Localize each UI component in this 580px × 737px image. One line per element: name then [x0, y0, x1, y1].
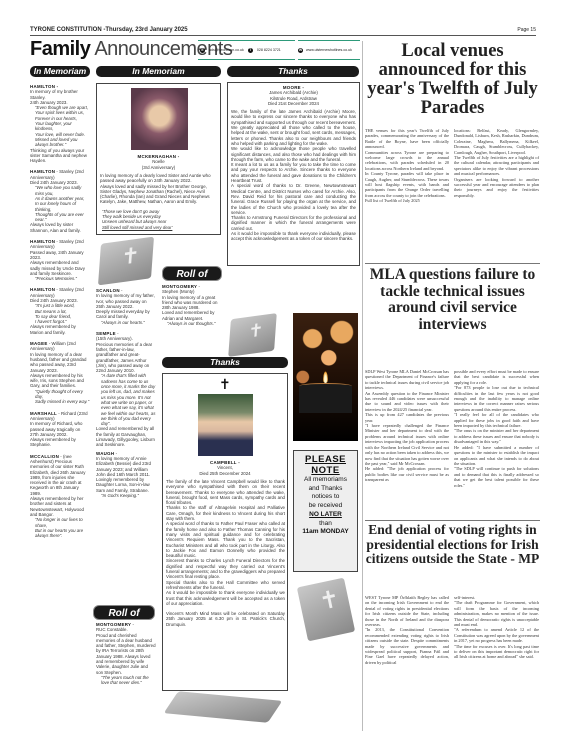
notice-hamilton-1: HAMILTON - In memory of my brother Stanl… [30, 84, 90, 163]
notice-waugh: WAUGH - In loving memory of Annie Elizab… [96, 451, 156, 499]
notice-magee: MAGEE - William (2nd Anniversary) In lov… [30, 341, 90, 405]
notice-hamilton-2: HAMILTON - Stanley (2nd Anniversary) Die… [30, 169, 90, 233]
article-1-col-1: THE venues for this year's Twelfth of Ju… [365, 128, 449, 204]
notice-mccallion: MCCALLION - (nee Ashenhurst) Precious me… [30, 454, 90, 539]
article-2-col-2: possible and every effort must be made t… [454, 369, 539, 488]
article-3-col-2: self-interest. "The draft Programme for … [454, 595, 539, 660]
notice-hamilton-3: HAMILTON - Stanley (2nd Anniversary) Pas… [30, 239, 90, 281]
notice-scanlon: SCANLON - In loving memory of my father,… [96, 288, 156, 325]
campbell-photo [198, 394, 253, 456]
phone-icon: T [248, 48, 253, 53]
article-divider-1 [365, 263, 540, 264]
article-1-col-2: locations: Belfast, Keady, Glengormley, … [454, 128, 539, 198]
article-1-headline: Local venues announced for this year's T… [365, 42, 540, 118]
header-roll-of-honour-2: Roll of Honour [93, 605, 155, 620]
article-2-col-1: SDLP West Tyrone MLA Daniel McCrossan ha… [365, 369, 449, 483]
bible-icon-2: ✝ [228, 313, 277, 357]
candle-image [293, 313, 358, 441]
contact-email[interactable]: ads@tyronecon.co.uk [209, 48, 244, 52]
mckernaghan-photo [131, 88, 188, 150]
memoriam-column-2: SCANLON - In loving memory of my father,… [96, 288, 156, 498]
bible-icon-3 [164, 691, 283, 723]
notice-moore: MOORE - James Archibald (Archie) Kilstru… [227, 82, 360, 266]
notice-montgomery-ruc: MONTGOMERY - RUC Constable. Proud and ch… [96, 622, 156, 686]
masthead-paper: TYRONE CONSTITUTION -Thursday, 23rd Janu… [30, 27, 188, 33]
contact-web-bar: W www.ulsternewhotlines.co.uk [298, 40, 360, 60]
article-3-headline: End denial of voting rights in president… [365, 523, 540, 567]
article-2-headline: MLA questions failure to tackle technica… [365, 267, 540, 333]
notice-hamilton-4: HAMILTON - Stanley (2nd Anniversary) Die… [30, 287, 90, 335]
article-3-col-1: WEST Tyrone MP Órfhlaith Begley has call… [365, 595, 449, 665]
contact-phone: 028 8224 3721 [257, 48, 281, 52]
column-divider [362, 41, 363, 731]
memoriam-column-1: HAMILTON - In memory of my brother Stanl… [30, 84, 90, 538]
email-icon: E [200, 48, 205, 53]
bible-icon: ✝ [98, 237, 154, 286]
header-in-memoriam-1: In Memoriam [30, 66, 90, 77]
notice-campbell: ✝ CAMPBELL - Vincent, Died 25th December… [162, 373, 288, 691]
article-divider-2 [365, 520, 540, 521]
header-thanks-1: Thanks [227, 66, 359, 77]
notice-mckernaghan: MCKERNAGHAN - Noelle (3rd Anniversary) I… [96, 83, 221, 235]
notice-semple: SEMPLE - (15th Anniversary). Precious me… [96, 331, 156, 448]
cross-icon: ✝ [219, 377, 231, 391]
header-roll-of-honour-1: Roll of Honour [162, 266, 222, 281]
contact-bar: E ads@tyronecon.co.uk T 028 8224 3721 [198, 40, 295, 60]
page-number: Page 15 [517, 27, 536, 33]
contact-web[interactable]: www.ulsternewhotlines.co.uk [306, 48, 352, 52]
header-in-memoriam-2: In Memoriam [96, 66, 221, 77]
masthead: TYRONE CONSTITUTION -Thursday, 23rd Janu… [30, 27, 536, 36]
notice-montgomery-monty: MONTGOMERY - Stephen (Monty) In loving m… [162, 284, 222, 326]
please-note-box: PLEASE NOTE All memoriams and Thanks not… [293, 450, 358, 572]
web-icon: W [298, 48, 303, 53]
notice-marshall: MARSHALL - Richard (23rd Anniversary) In… [30, 411, 90, 448]
bible-icon-4: ✝ [297, 578, 355, 642]
header-thanks-2: Thanks [162, 357, 288, 368]
